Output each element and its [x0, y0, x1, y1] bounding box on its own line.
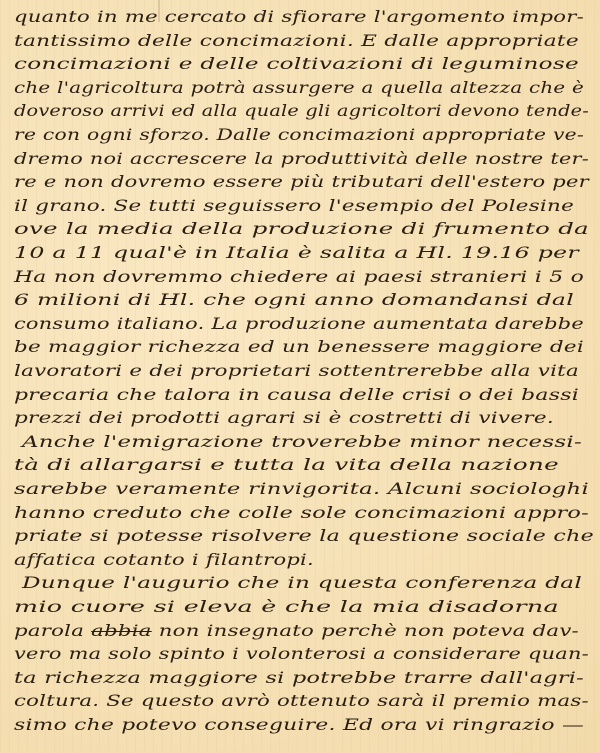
text-line: quanto in me cercato di sfiorare l'argom…: [14, 8, 584, 26]
text-line: che l'agricoltura potrà assurgere a quel…: [14, 79, 584, 97]
text-line: parola abbia non insegnato perchè non po…: [14, 622, 579, 640]
text-line: doveroso arrivi ed alla quale gli agrico…: [14, 102, 589, 120]
struck-word: abbia: [91, 622, 152, 640]
text-line: mio cuore si eleva è che la mia disadorn…: [14, 598, 559, 616]
text-line: prezzi dei prodotti agrari si è costrett…: [14, 409, 554, 427]
text-line: precaria che talora in causa delle crisi…: [14, 386, 579, 404]
handwritten-page: quanto in me cercato di sfiorare l'argom…: [0, 0, 600, 753]
text-line: dremo noi accrescere la produttività del…: [14, 150, 589, 168]
text-line: il grano. Se tutti seguissero l'esempio …: [14, 197, 574, 215]
text-line: re e non dovremo essere più tributari de…: [14, 173, 589, 191]
text-line: 6 milioni di Hl. che ogni anno domandans…: [14, 291, 574, 309]
text-line: sarebbe veramente rinvigorita. Alcuni so…: [14, 480, 589, 498]
text-line: be maggior richezza ed un benessere magg…: [14, 338, 584, 356]
text-line: coltura. Se questo avrò ottenuto sarà il…: [14, 692, 589, 710]
text-line: Ha non dovremmo chiedere ai paesi strani…: [14, 268, 584, 286]
text-line: priate si potesse risolvere la questione…: [14, 527, 594, 545]
text-line: re con ogni sforzo. Dalle concimazioni a…: [14, 126, 584, 144]
text-line: 10 a 11 qual'è in Italia è salita a Hl. …: [14, 244, 579, 262]
text-line: simo che potevo conseguire. Ed ora vi ri…: [14, 716, 584, 734]
text-line: ta richezza maggiore si potrebbe trarre …: [14, 669, 584, 687]
text-line: consumo italiano. La produzione aumentat…: [14, 315, 584, 333]
text-line: affatica cotanto i filantropi.: [14, 551, 314, 569]
text-line: vero ma solo spinto i volonterosi a cons…: [14, 645, 589, 663]
text-line: tà di allargarsi e tutta la vita della n…: [14, 456, 559, 474]
text-line: Dunque l'augurio che in questa conferenz…: [22, 574, 582, 592]
text-line: ove la media della produzione di frument…: [14, 220, 589, 238]
text-line: lavoratori e dei proprietari sottentrere…: [14, 362, 579, 380]
text-line: tantissimo delle concimazioni. E dalle a…: [14, 32, 579, 50]
text-line: concimazioni e delle coltivazioni di leg…: [14, 55, 579, 73]
text-line: hanno creduto che colle sole concimazion…: [14, 504, 589, 522]
text-line: Anche l'emigrazione troverebbe minor nec…: [22, 433, 582, 451]
